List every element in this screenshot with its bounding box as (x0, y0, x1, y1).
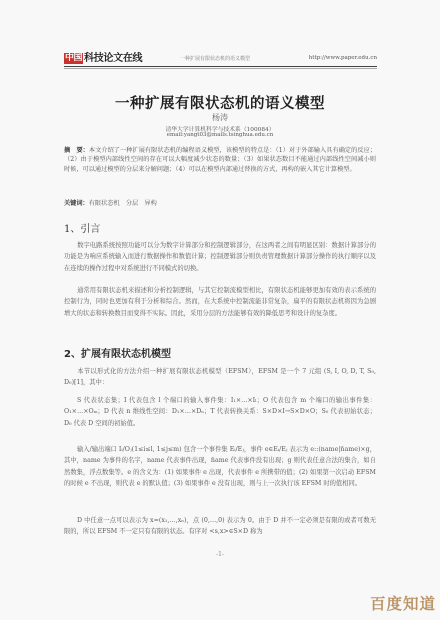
abstract-text: 本文介绍了一种扩展有限状态机的编程语义模型，该模型的特点是：（1）对于外部输入具… (64, 147, 376, 173)
keywords-text: 有限状态机 分层 异构 (89, 200, 157, 207)
page-header: 中国 科技论文在线 一种扩展有限状态机的语义模型 http://www.pape… (64, 52, 377, 66)
header-url: http://www.paper.edu.cn (309, 55, 377, 61)
paragraph: 本节以形式化的方法介绍一种扩展有限状态机模型（EFSM），EFSM 是一个 7 … (64, 366, 376, 389)
abstract: 摘 要：本文介绍了一种扩展有限状态机的编程语义模型，该模型的特点是：（1）对于外… (64, 146, 376, 174)
section-heading-intro: 1、引言 (64, 220, 100, 235)
paper-title: 一种扩展有限状态机的语义模型 (0, 92, 440, 113)
paragraph-text: D 中任意一点可以表示为 x=(x₁,…,xₙ)，点 (0,…,0) 表示为 0… (64, 517, 376, 535)
paragraph: 输入/输出端口 Iᵢ/Oⱼ(1≤i≤l, 1≤j≤m) 包含一个事件集 Eᵢ/E… (64, 444, 376, 490)
author-email: email:yangt03@mails.tsinghua.edu.cn (0, 132, 440, 138)
abstract-label: 摘 要： (64, 147, 89, 154)
journal-logo: 中国 科技论文在线 (64, 52, 142, 65)
paragraph-text: 输入/输出端口 Iᵢ/Oⱼ(1≤i≤l, 1≤j≤m) 包含一个事件集 Eᵢ/E… (64, 446, 376, 487)
paragraph: D 中任意一点可以表示为 x=(x₁,…,xₙ)，点 (0,…,0) 表示为 0… (64, 515, 376, 538)
author: 杨涛 (0, 112, 440, 123)
paragraph-text: S 代表状态集；I 代表包含 l 个端口的输入事件集：I₁×…×Iₗ；O 代表包… (64, 397, 376, 427)
running-title: 一种扩展有限状态机的语义模型 (180, 55, 250, 62)
paragraph: S 代表状态集；I 代表包含 l 个端口的输入事件集：I₁×…×Iₗ；O 代表包… (64, 395, 376, 429)
logo-dark-part: 科技论文在线 (84, 53, 142, 64)
keywords: 关键词：有限状态机 分层 异构 (64, 198, 376, 207)
baidu-zhidao-watermark: 百度知道 (370, 592, 436, 614)
paragraph-text: 通常用有限状态机来描述和分析控制逻辑，与其它控制流模型相比，有限状态机能够更加有… (64, 287, 376, 317)
keywords-label: 关键词： (64, 200, 89, 207)
paper-page: 中国 科技论文在线 一种扩展有限状态机的语义模型 http://www.pape… (0, 0, 440, 620)
section-heading-efsm: 2、扩展有限状态机模型 (64, 345, 171, 360)
paragraph-text: 数字电路系统按照功能可以分为数字计算部分和控制逻辑部分，在这两者之间有明显区别：… (64, 242, 376, 272)
page-number: -1- (0, 551, 440, 558)
header-divider (64, 66, 377, 67)
paragraph-text: 本节以形式化的方法介绍一种扩展有限状态机模型（EFSM），EFSM 是一个 7 … (64, 368, 376, 386)
paragraph: 通常用有限状态机来描述和分析控制逻辑，与其它控制流模型相比，有限状态机能够更加有… (64, 285, 376, 319)
paragraph: 数字电路系统按照功能可以分为数字计算部分和控制逻辑部分，在这两者之间有明显区别：… (64, 240, 376, 274)
logo-red-part: 中国 (64, 53, 83, 64)
header-divider-thin (64, 68, 377, 69)
